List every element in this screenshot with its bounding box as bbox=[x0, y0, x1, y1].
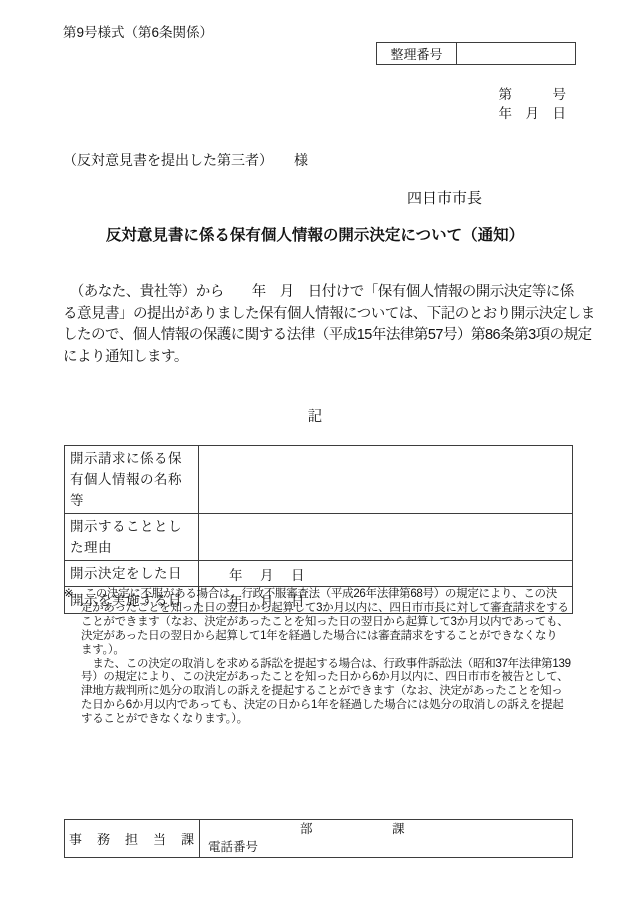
document-number-line: 第 号 bbox=[499, 87, 567, 103]
table-row: 開示決定をした日 年 月 日 bbox=[65, 561, 573, 587]
ki-heading: 記 bbox=[0, 405, 630, 426]
table-row: 開示することとした理由 bbox=[65, 514, 573, 561]
document-date-line: 年 月 日 bbox=[499, 106, 567, 122]
document-title: 反対意見書に係る保有個人情報の開示決定について（通知） bbox=[0, 223, 630, 245]
note-lawsuit-paragraph: また、この決定の取消しを求める訴訟を提起する場合は、行政事件訴訟法（昭和37年法… bbox=[64, 658, 604, 728]
note-appeal-paragraph: ※ この決定に不服がある場合は、行政不服審査法（平成26年法律第68号）の規定に… bbox=[64, 588, 604, 658]
row-value-disclosure-reason bbox=[199, 514, 573, 561]
sender-name: 四日市市長 bbox=[407, 187, 482, 208]
table-row: 開示請求に係る保有個人情報の名称等 bbox=[65, 446, 573, 514]
recipient-line: （反対意見書を提出した第三者） 様 bbox=[63, 150, 308, 170]
department-suffix-label: 部 bbox=[300, 822, 313, 836]
contact-department-label: 事 務 担 当 課 bbox=[65, 820, 200, 858]
department-section-line: 部 課 bbox=[200, 820, 572, 839]
phone-number-line: 電話番号 bbox=[200, 839, 572, 857]
document-page: 第9号様式（第6条関係） 整理番号 第 号 年 月 日 （反対意見書を提出した第… bbox=[0, 0, 630, 903]
row-label-decision-date: 開示決定をした日 bbox=[65, 561, 199, 587]
body-paragraph: （あなた、貴社等）から 年 月 日付けで「保有個人情報の開示決定等に係 る意見書… bbox=[63, 282, 583, 369]
reference-number-value bbox=[457, 43, 576, 65]
row-label-disclosure-reason: 開示することとした理由 bbox=[65, 514, 199, 561]
row-value-information-name bbox=[199, 446, 573, 514]
reference-number-box: 整理番号 bbox=[376, 42, 576, 65]
reference-number-row: 整理番号 bbox=[377, 43, 576, 65]
contact-row: 事 務 担 当 課 部 課 電話番号 bbox=[65, 820, 573, 858]
section-suffix-label: 課 bbox=[392, 822, 405, 836]
reference-number-label: 整理番号 bbox=[377, 43, 457, 65]
row-label-information-name: 開示請求に係る保有個人情報の名称等 bbox=[65, 446, 199, 514]
phone-number-label: 電話番号 bbox=[208, 840, 258, 854]
contact-table: 事 務 担 当 課 部 課 電話番号 bbox=[64, 819, 573, 858]
notes-section: ※ この決定に不服がある場合は、行政不服審査法（平成26年法律第68号）の規定に… bbox=[64, 588, 604, 727]
contact-detail-cell: 部 課 電話番号 bbox=[200, 820, 573, 858]
row-value-decision-date: 年 月 日 bbox=[199, 561, 573, 587]
form-id-label: 第9号様式（第6条関係） bbox=[63, 25, 213, 40]
